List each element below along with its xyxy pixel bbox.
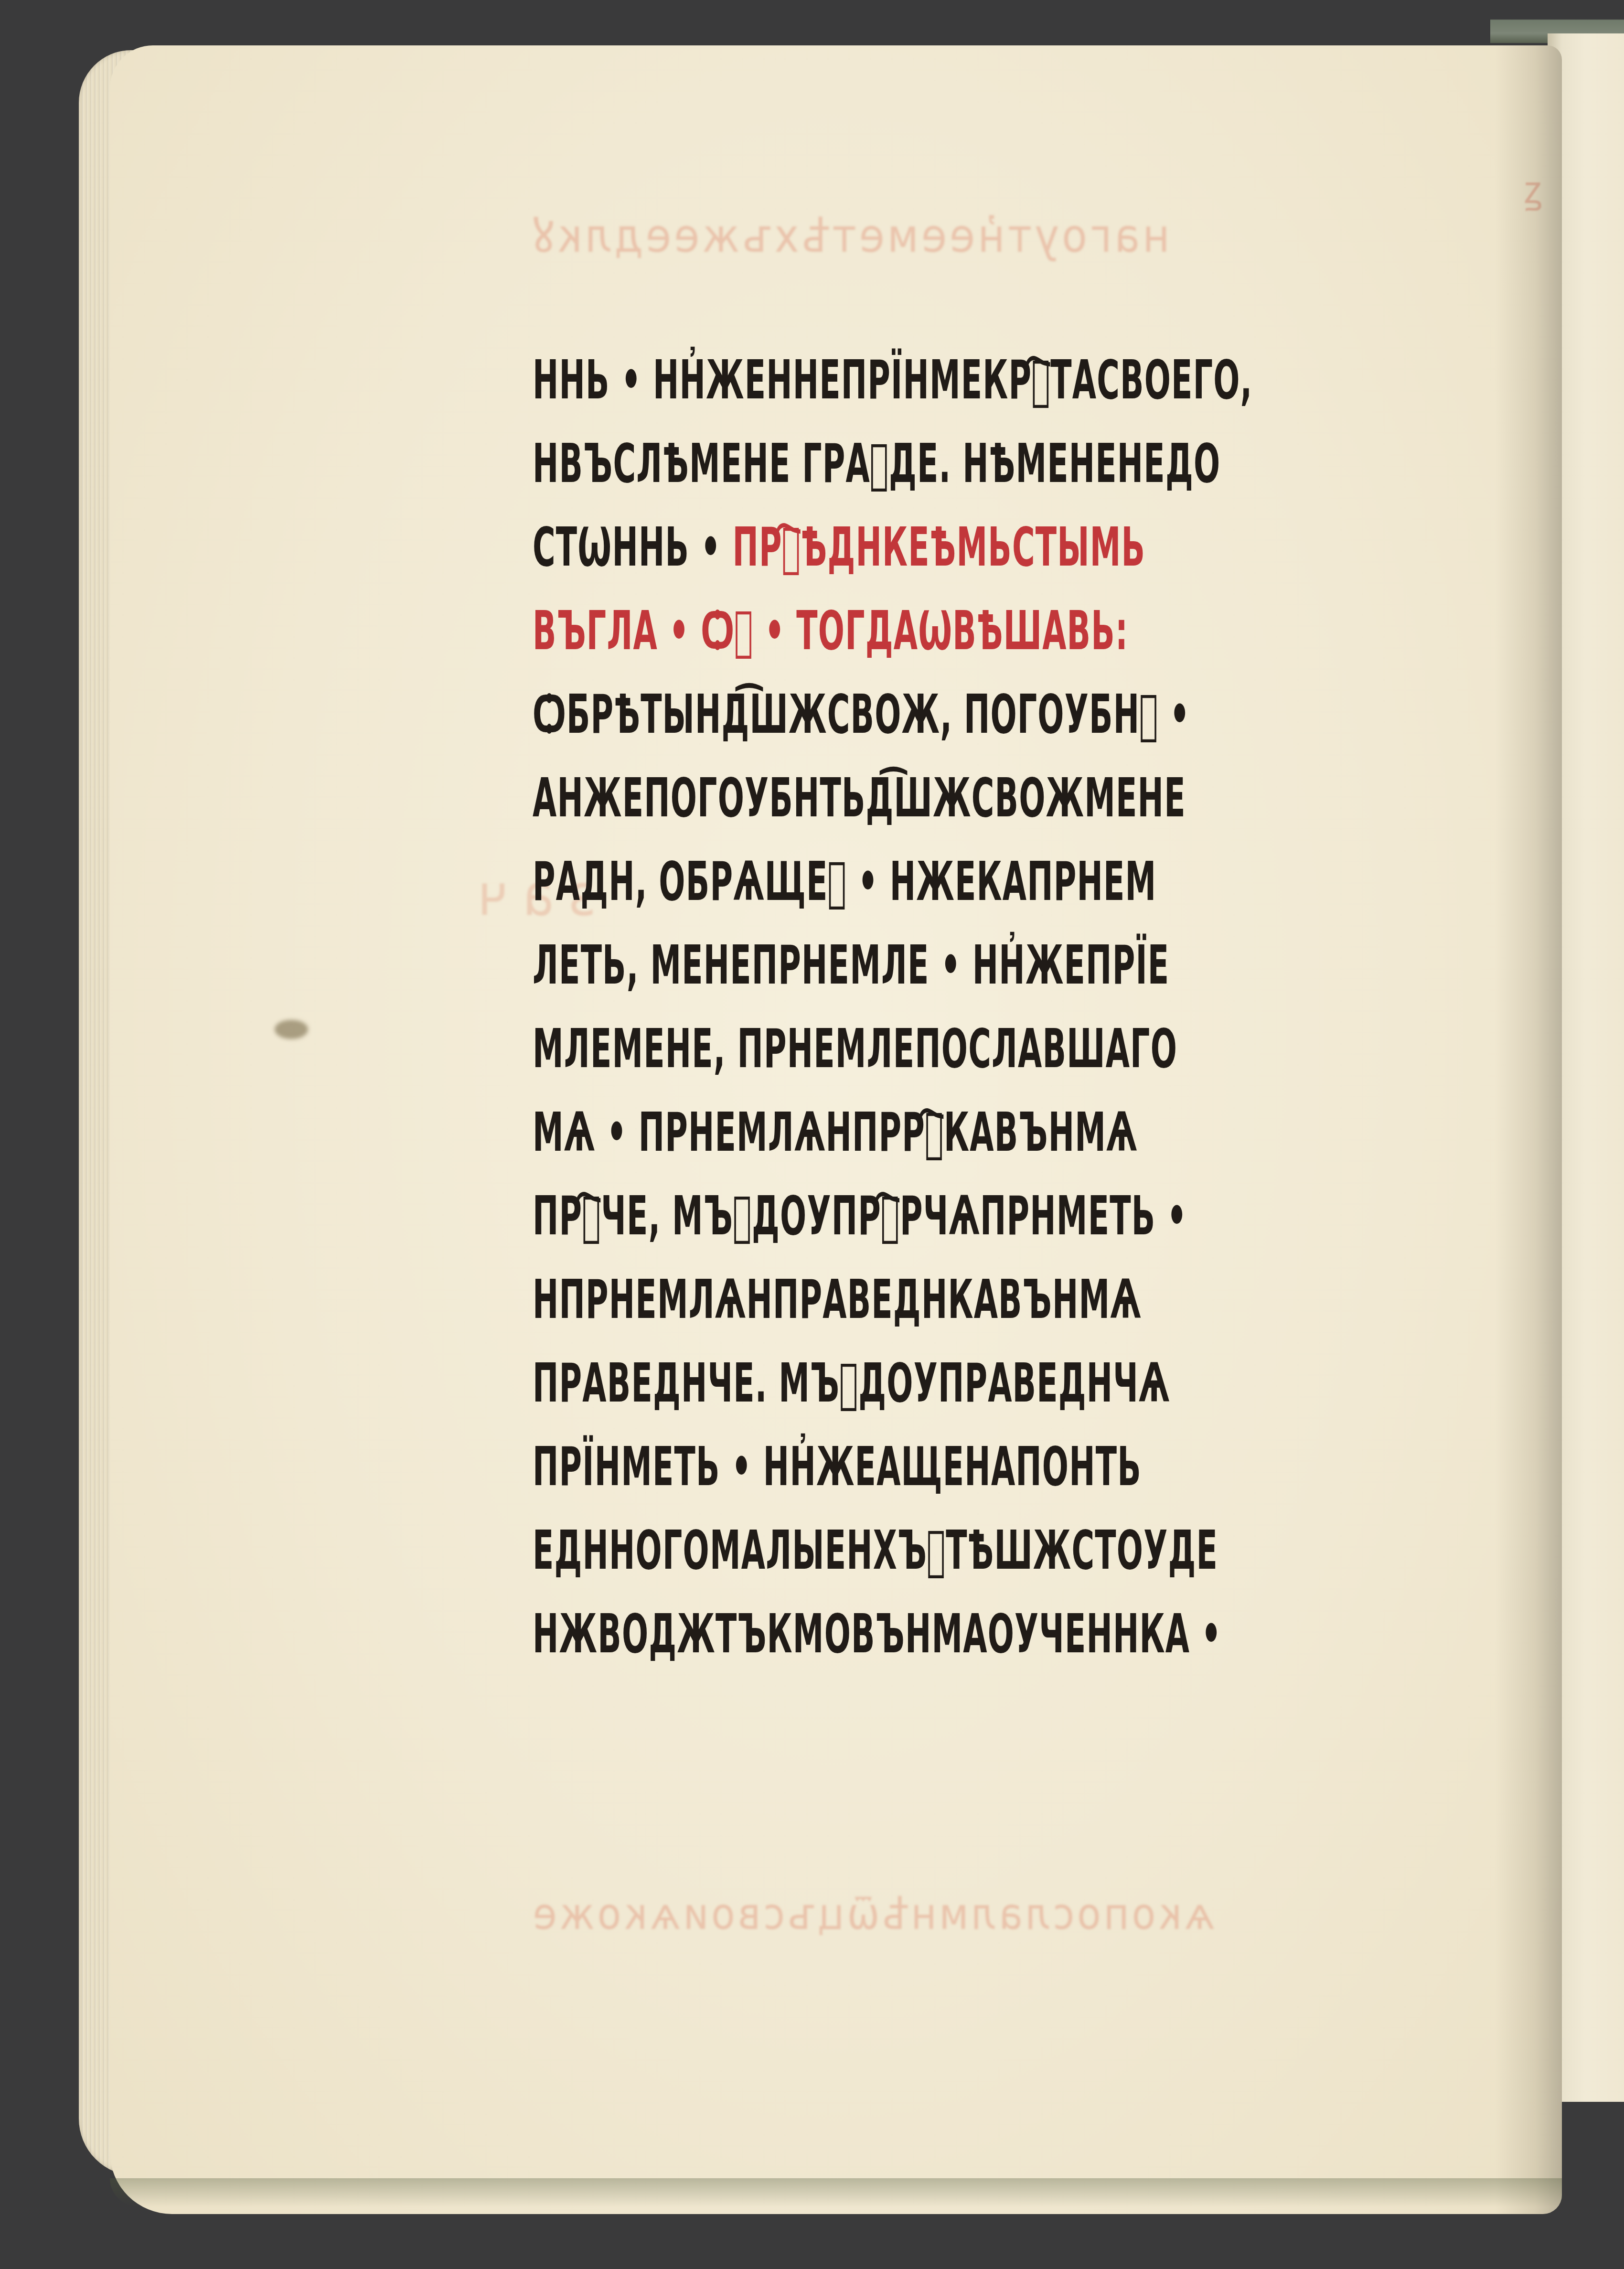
text-line: нпрнемлѧнправеднкавънмѧ <box>533 1273 1059 1357</box>
text-line: ѻбрѣтынд͡шжсвож, погоубнⷮ • <box>533 688 1059 771</box>
body-text: нвъслѣмене граⷣде. нѣмененедо <box>533 433 1220 495</box>
text-line: нжводжтъкмовънмаоученнка • <box>533 1607 1059 1691</box>
manuscript-scene: ꙁ нагоутн҆ееметѣхъжеедлкꙋ зач ѧкопослалм… <box>0 0 1624 2269</box>
body-text: прⷪ҇че, мъⷥдоупрⷪ҇рчѧпрнметь • <box>533 1185 1187 1247</box>
body-text: нн҆женнепрїнмекрⷭ҇тасвоего, <box>653 349 1252 411</box>
text-line: еднногомалыенхъⷯтѣшжстоуде <box>533 1524 1059 1607</box>
body-text: ѻбрѣтынд͡шжсвож, погоубнⷮ • <box>533 684 1190 746</box>
text-line: нвъслѣмене граⷣде. нѣмененедо <box>533 437 1059 521</box>
text-line: прⷪ҇че, мъⷥдоупрⷪ҇рчѧпрнметь • <box>533 1189 1059 1273</box>
text-line: млемене, прнемлепославшаго <box>533 1022 1059 1106</box>
folio-number: ꙁ <box>1524 162 1542 214</box>
body-text: ннь <box>533 349 610 411</box>
body-text: прїнметь • нн҆жеащенапонть <box>533 1436 1142 1498</box>
body-text: анжепогоубнтьд͡шжсвожмене <box>533 767 1186 829</box>
bleed-through-top: нагоутн҆ееметѣхъжеедлкꙋ <box>530 203 1170 266</box>
bleed-through-bottom: ѧкопослалмнѣѿцъсвоиѧкоже <box>530 1889 1215 1939</box>
text-line: анжепогоубнтьд͡шжсвожмене <box>533 771 1059 855</box>
page-bottom-shadow <box>110 2178 1562 2207</box>
text-block: ннь • нн҆женнепрїнмекрⷭ҇тасвоего, нвъслѣ… <box>533 353 1440 1691</box>
ink-stain <box>275 1020 308 1039</box>
body-text: нпрнемлѧнправеднкавънмѧ <box>533 1269 1142 1331</box>
text-line: мѧ • прнемлѧнпррⷭ҇кавънмѧ <box>533 1106 1059 1189</box>
text-line: въгла • ѻⷣ • тогдаѡвѣшавь: <box>533 604 1059 688</box>
text-line: ннь • нн҆женнепрїнмекрⷭ҇тасвоего, <box>533 353 1059 437</box>
rubric-text: въгла • ѻⷣ • тогдаѡвѣшавь: <box>533 600 1128 662</box>
body-text: стѡннь • <box>533 516 732 578</box>
body-text: радн, обрѧщеⷮ • нжекапрнем <box>533 851 1156 913</box>
body-text: леть, менепрнемле • нн҆жепрїе <box>533 934 1169 996</box>
body-text: млемене, прнемлепославшаго <box>533 1018 1177 1080</box>
text-line: прїнметь • нн҆жеащенапонть <box>533 1440 1059 1524</box>
text-line: стѡннь • прⷭ҇ѣднкеѣмьстымь <box>533 521 1059 604</box>
text-line: радн, обрѧщеⷮ • нжекапрнем <box>533 855 1059 939</box>
rubric-text: прⷭ҇ѣднкеѣмьстымь <box>732 516 1145 578</box>
text-line: праведнче. мъⷥдоуправеднчѧ <box>533 1357 1059 1440</box>
body-text: еднногомалыенхъⷯтѣшжстоуде <box>533 1520 1218 1582</box>
body-text: мѧ • прнемлѧнпррⷭ҇кавънмѧ <box>533 1102 1138 1164</box>
body-text: • <box>610 349 653 411</box>
body-text: праведнче. мъⷥдоуправеднчѧ <box>533 1352 1170 1414</box>
body-text: нжводжтъкмовънмаоученнка • <box>533 1603 1222 1665</box>
text-line: леть, менепрнемле • нн҆жепрїе <box>533 939 1059 1022</box>
